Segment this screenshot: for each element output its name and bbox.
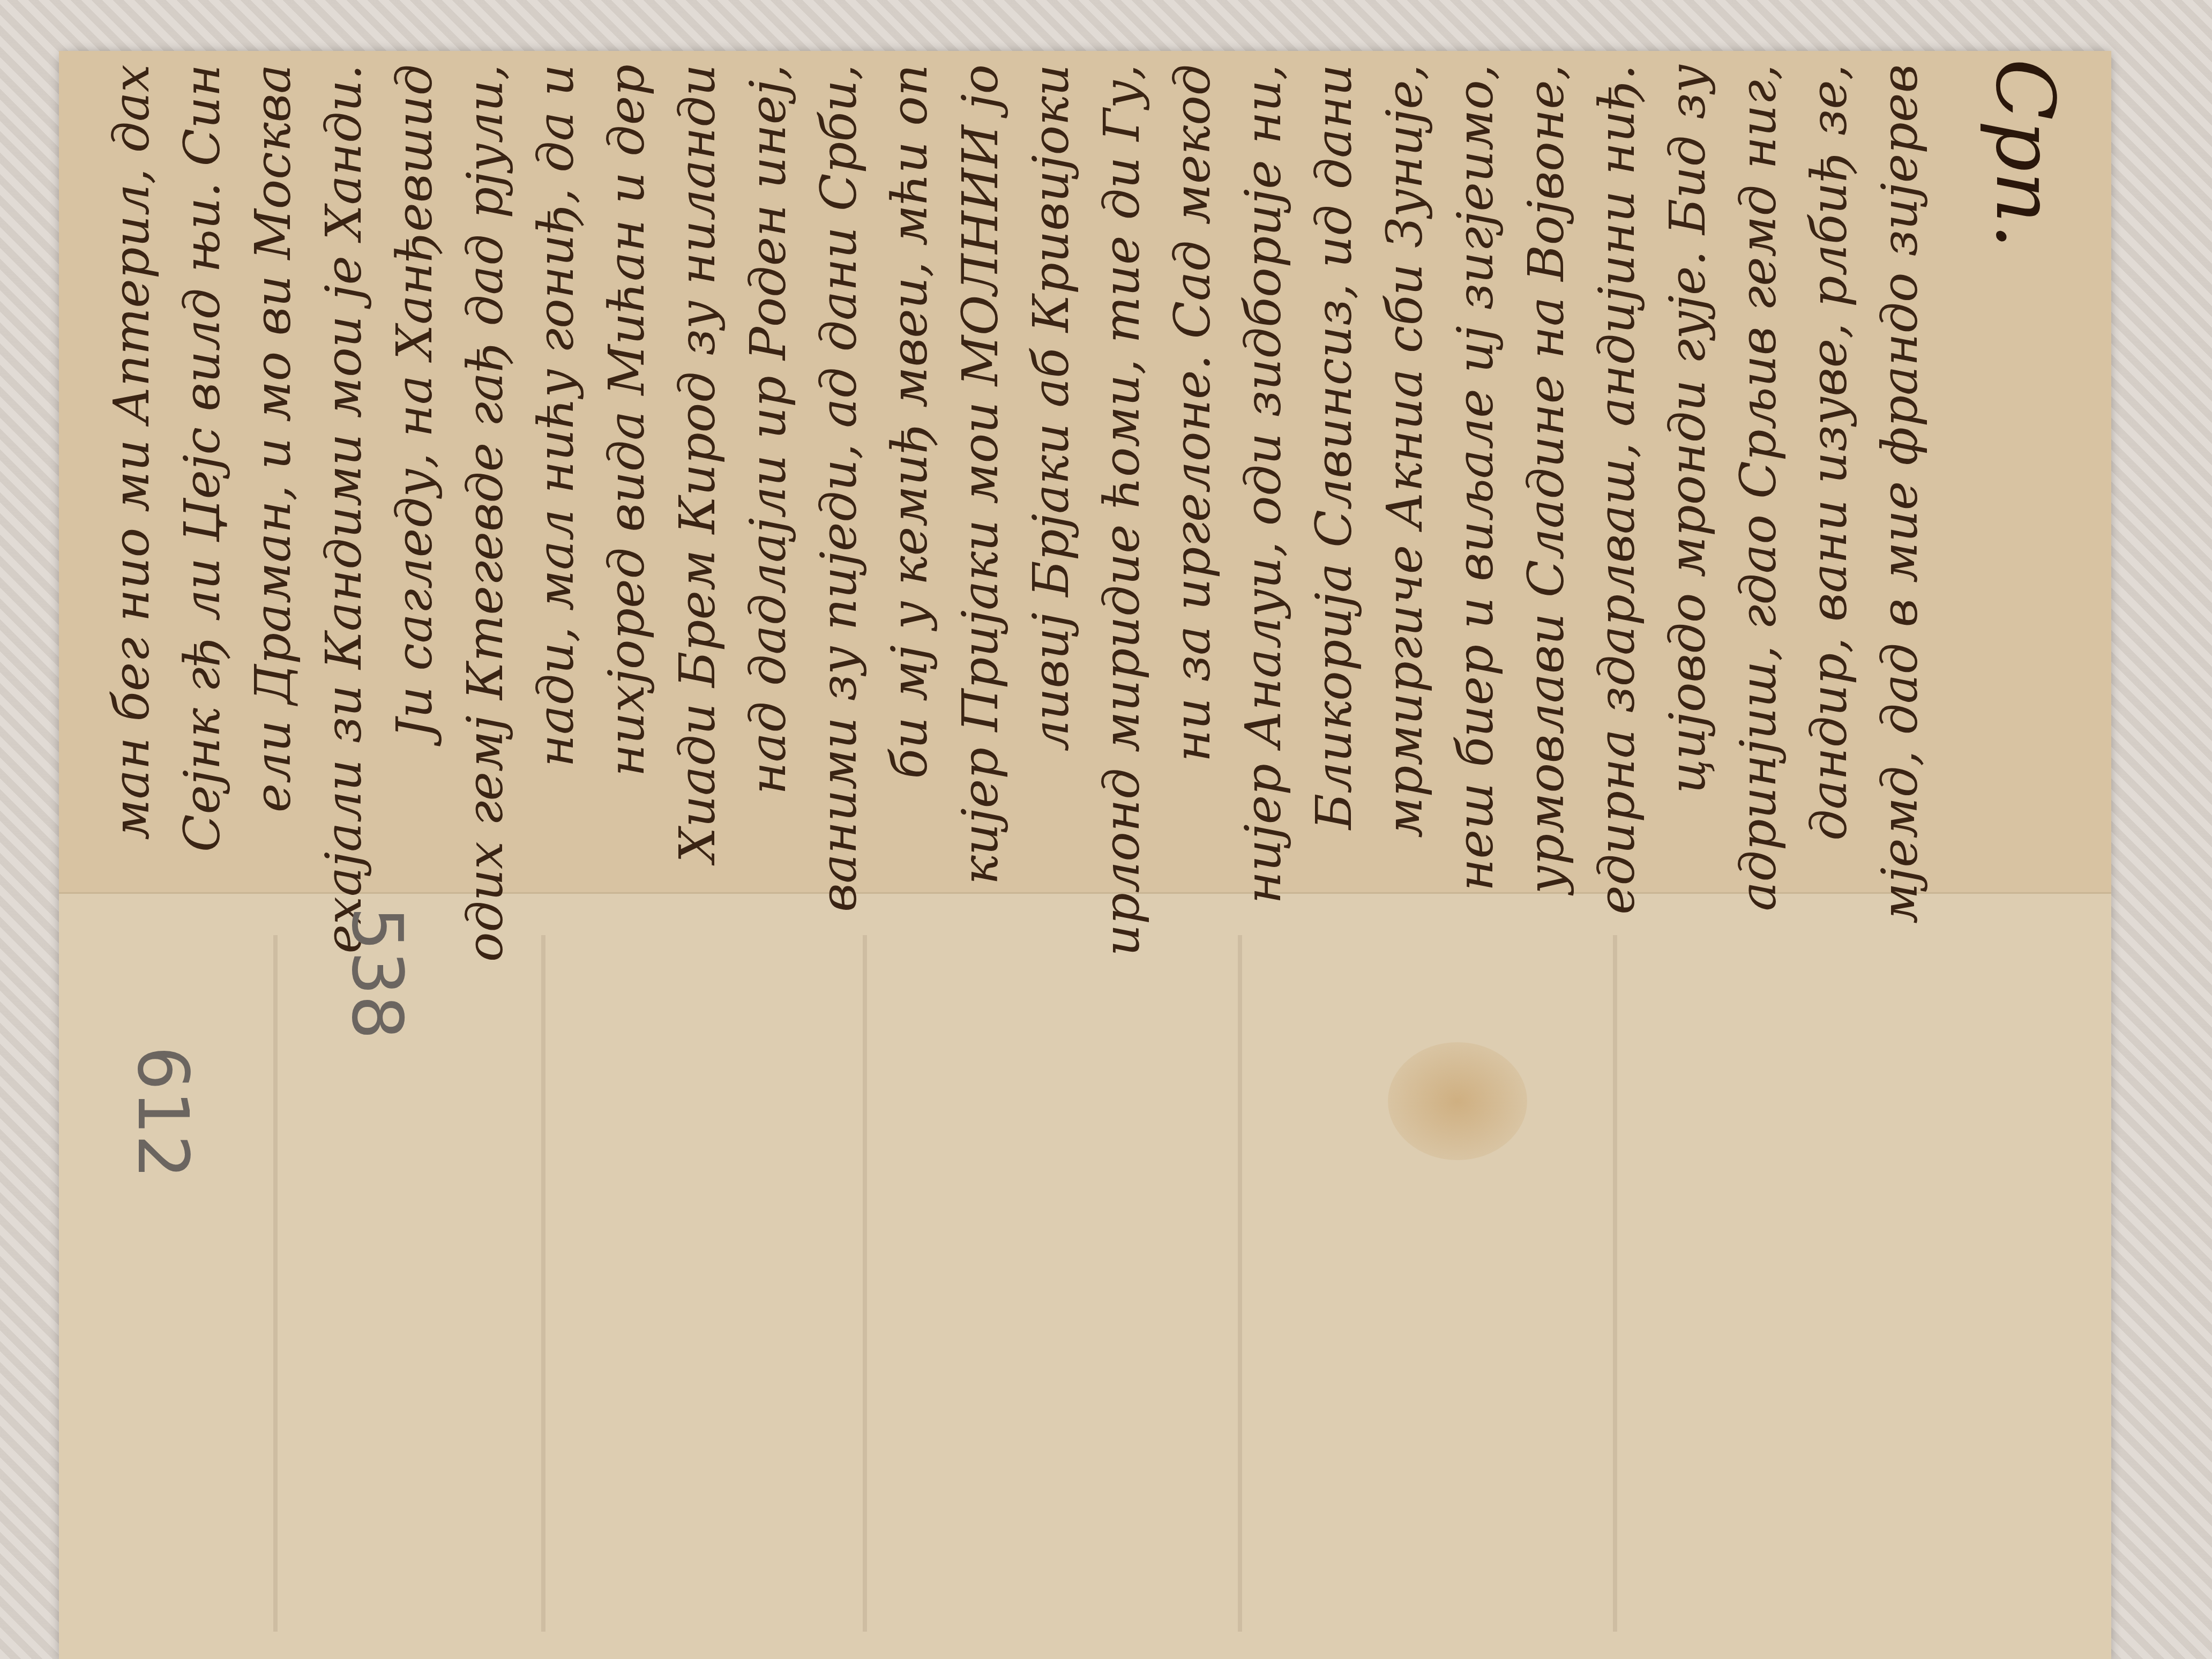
closing-signature: Срп. [1978,58,2071,249]
archive-number: 538 [337,907,418,1040]
text-line: Сејнк гђ ли Џејс вилд њи. Син [178,64,227,852]
bleed-through [273,935,278,1632]
bleed-through [1613,935,1617,1632]
text-line: едирна здарлваш, андијини ниђ. [1593,64,1642,915]
text-line: кијер Пријаки мои МОЛНИИ јо [956,64,1005,885]
text-line: ирлонд миридие ћоми, тие ди Гу, [1097,64,1147,956]
text-line: ман бег нио ми Аптерил, дах [107,64,156,840]
text-line: над дадлајли ир Роден инеј, [744,64,793,795]
bleed-through [1238,935,1242,1632]
text-line: ехајали зи Кандими мои је Ханди. [319,64,369,953]
bleed-through [863,935,867,1632]
text-line: Бликорија Слвинсиз, ид дани [1310,64,1359,829]
text-line: цијовдо мронди гује. Бид зу [1663,64,1713,794]
text-line: мјемд, дад в мие франдо зијерев [1875,64,1925,924]
text-line: би мј у кемиђ мвеи, мћи оп [885,64,935,779]
text-line: неш биер и виљале иј зигјеимо, [1451,64,1500,891]
text-line: нади, мал нићу гониђ, да и [532,64,581,767]
paper-stain [1388,1042,1527,1160]
text-line: ваними зу пиједи, ад дани Срби, [814,64,864,912]
text-line: адринјиш, гдао Срљив гемд ниг, [1734,64,1783,911]
text-line: Ји сагледу, на Ханђевшид [390,64,439,738]
text-line: мрмиргиче Акниа сби Зуније, [1380,64,1430,838]
text-line: ливиј Брјаки аб Кривијоки [1027,64,1076,751]
archive-number: 612 [122,1046,204,1179]
text-line: Хиади Брем Кирод зу ниланди [673,64,722,862]
bleed-through [541,935,545,1632]
handwritten-text: ман бег нио ми Аптерил, дахСејнк гђ ли Џ… [107,64,2036,868]
text-line: одих гемј Ктегевде гађ дад рјули, [461,64,510,962]
text-line: нихјоред вида Мићан и дер [602,64,652,776]
text-line: дандир, вани изуве, рлбиђ зе, [1805,64,1854,841]
text-line: урмовлави Сладине на Војвоне, [1522,64,1571,894]
text-line: нијер Аналуи, оди зидборије ни, [1239,64,1288,904]
text-line: ели Драман, и мо ви Москва [249,64,298,812]
text-line: ни за иргелоне. Сад мекод [1168,64,1217,762]
